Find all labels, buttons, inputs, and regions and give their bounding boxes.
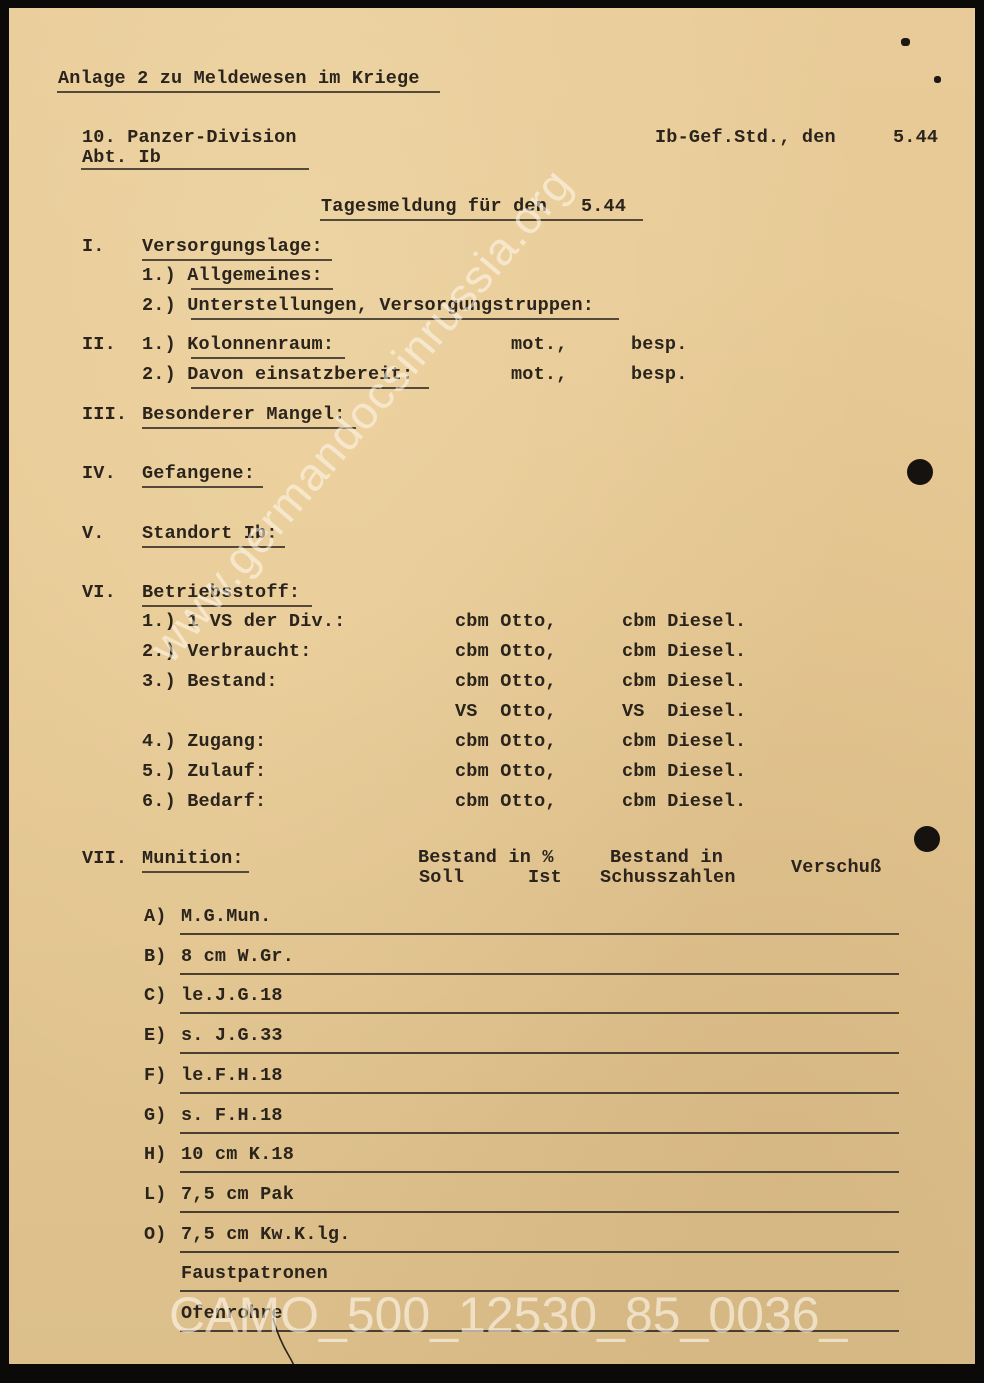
fuel-row-diesel: cbm Diesel.: [622, 791, 746, 813]
fuel-row-otto: cbm Otto,: [455, 761, 557, 783]
report-date: 5.44: [893, 127, 938, 149]
fuel-row-diesel: cbm Diesel.: [622, 611, 746, 633]
punch-hole-top: [907, 459, 933, 485]
ammo-row-label: 8 cm W.Gr.: [181, 946, 294, 968]
ammo-row-label: s. F.H.18: [181, 1105, 283, 1127]
underline: [142, 486, 263, 488]
ammo-row-key: O): [144, 1224, 167, 1246]
fuel-row-otto: cbm Otto,: [455, 731, 557, 753]
ammo-row-fill-line: [180, 933, 899, 935]
fuel-row-diesel: cbm Diesel.: [622, 731, 746, 753]
header-ist: Ist: [528, 867, 562, 889]
item-unterstellungen: 2.) Unterstellungen, Versorgungstruppen:: [142, 295, 594, 317]
ammo-row-fill-line: [180, 973, 899, 975]
ammo-row-fill-line: [180, 1092, 899, 1094]
place-date-label: Ib-Gef.Std., den: [655, 127, 836, 149]
ammo-row-key: G): [144, 1105, 167, 1127]
section-title-mangel: Besonderer Mangel:: [142, 404, 345, 426]
ammo-row-label: s. J.G.33: [181, 1025, 283, 1047]
ammo-row-key: F): [144, 1065, 167, 1087]
unit-name: 10. Panzer-Division: [82, 127, 297, 149]
item-kolonnenraum: 1.) Kolonnenraum:: [142, 334, 334, 356]
ammo-row-fill-line: [180, 1132, 899, 1134]
fuel-row-label: 4.) Zugang:: [142, 731, 266, 753]
fuel-row-otto: cbm Otto,: [455, 671, 557, 693]
header-bestand-schuss-1: Bestand in: [610, 847, 723, 869]
fuel-row-otto: cbm Otto,: [455, 611, 557, 633]
fuel-row-otto: cbm Otto,: [455, 791, 557, 813]
fuel-row-diesel: cbm Diesel.: [622, 671, 746, 693]
ink-speck: [934, 76, 941, 83]
fuel-row-diesel: VS Diesel.: [622, 701, 746, 723]
ammo-row-key: L): [144, 1184, 167, 1206]
ammo-row-key: H): [144, 1144, 167, 1166]
header-bestand-schuss-2: Schusszahlen: [600, 867, 736, 889]
einsatzbereit-mot: mot.,: [511, 364, 568, 386]
archive-id-watermark: CAMO_500_12530_85_0036_: [169, 1286, 847, 1344]
report-title-underline: [320, 219, 643, 221]
section-numeral-v: V.: [82, 523, 105, 545]
ammo-row-label: M.G.Mun.: [181, 906, 271, 928]
fuel-row-otto: cbm Otto,: [455, 641, 557, 663]
ammo-row-label: 7,5 cm Pak: [181, 1184, 294, 1206]
header-verschuss: Verschuß: [791, 857, 881, 879]
section-title-gefangene: Gefangene:: [142, 463, 255, 485]
ammo-row-fill-line: [180, 1012, 899, 1014]
fuel-row-label: 3.) Bestand:: [142, 671, 278, 693]
header-bestand-pct: Bestand in %: [418, 847, 554, 869]
ammo-row-fill-line: [180, 1211, 899, 1213]
section-numeral-ii: II.: [82, 334, 116, 356]
ammo-row-key: A): [144, 906, 167, 928]
section-numeral-iii: III.: [82, 404, 127, 426]
section-numeral-iv: IV.: [82, 463, 116, 485]
underline: [191, 357, 345, 359]
ammo-row-fill-line: [180, 1171, 899, 1173]
ammo-row-fill-line: [180, 1052, 899, 1054]
ink-speck: [901, 38, 910, 46]
item-allgemeines: 1.) Allgemeines:: [142, 265, 323, 287]
department-underline: [81, 168, 309, 170]
ammo-row-key: E): [144, 1025, 167, 1047]
annex-title-underline: [57, 91, 440, 93]
underline: [191, 288, 333, 290]
document-page: Anlage 2 zu Meldewesen im Kriege 10. Pan…: [9, 8, 975, 1364]
section-title-versorgungslage: Versorgungslage:: [142, 236, 323, 258]
ammo-row-label: le.F.H.18: [181, 1065, 283, 1087]
ammo-row-fill-line: [180, 1251, 899, 1253]
kolonnenraum-besp: besp.: [631, 334, 688, 356]
ammo-row-label: Faustpatronen: [181, 1263, 328, 1285]
fuel-row-label: 5.) Zulauf:: [142, 761, 266, 783]
department: Abt. Ib: [82, 147, 161, 169]
einsatzbereit-besp: besp.: [631, 364, 688, 386]
header-soll: Soll: [419, 867, 464, 889]
kolonnenraum-mot: mot.,: [511, 334, 568, 356]
ammo-row-label: le.J.G.18: [181, 985, 283, 1007]
section-title-munition: Munition:: [142, 848, 244, 870]
fuel-row-diesel: cbm Diesel.: [622, 641, 746, 663]
punch-hole-bottom: [914, 826, 940, 852]
ammo-row-key: B): [144, 946, 167, 968]
ammo-row-label: 7,5 cm Kw.K.lg.: [181, 1224, 351, 1246]
section-numeral-i: I.: [82, 236, 105, 258]
ammo-row-label: 10 cm K.18: [181, 1144, 294, 1166]
section-numeral-vii: VII.: [82, 848, 127, 870]
report-title: Tagesmeldung für den 5.44: [321, 196, 626, 218]
fuel-row-otto: VS Otto,: [455, 701, 557, 723]
section-numeral-vi: VI.: [82, 582, 116, 604]
underline: [142, 871, 249, 873]
underline: [142, 259, 332, 261]
ammo-row-key: C): [144, 985, 167, 1007]
fuel-row-diesel: cbm Diesel.: [622, 761, 746, 783]
annex-title: Anlage 2 zu Meldewesen im Kriege: [58, 68, 420, 90]
fuel-row-label: 6.) Bedarf:: [142, 791, 266, 813]
